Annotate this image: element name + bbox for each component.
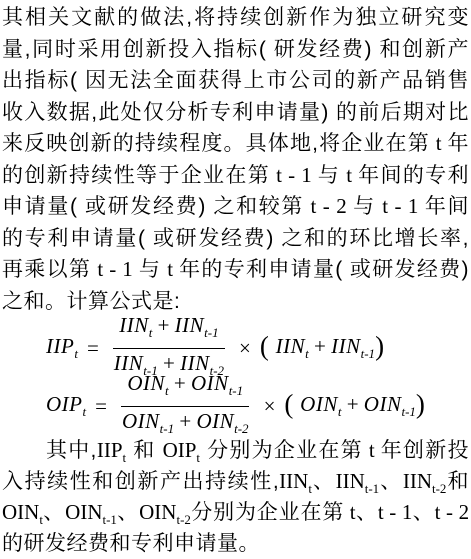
fraction-numerator: OINt + OINt-1 xyxy=(121,371,249,406)
text-segment: 入持续性和创新产出持续性, xyxy=(2,470,279,493)
multiplication-sign: × xyxy=(264,394,276,419)
text-segment: 分别为企业在第 xyxy=(191,501,344,524)
text-segment: OIP xyxy=(46,392,83,416)
formula-rhs: ( IINt + IINt-1) xyxy=(260,333,384,362)
text-line: 其相关文献的做法,将持续创新作为独立研究变 xyxy=(0,2,471,34)
text-segment: OIN xyxy=(196,409,234,433)
text-segment: t-1 xyxy=(229,384,243,399)
text-segment: 来反映创新的持续程度。具体地,将企业在第 xyxy=(2,132,430,155)
text-segment: IIN xyxy=(276,334,306,358)
text-segment: 、 xyxy=(312,470,336,493)
text-line: OINt、OINt-1、OINt-2分别为企业在第 t、t - 1、t - 2 … xyxy=(0,497,471,528)
text-segment: 与 xyxy=(353,195,376,218)
text-segment: OIN xyxy=(300,392,338,416)
text-segment: 之和。计算公式是: xyxy=(2,290,180,313)
paragraph-methodology: 其相关文献的做法,将持续创新作为独立研究变 量,同时采用创新投入指标( 研发经费… xyxy=(0,2,471,317)
text-segment: t xyxy=(430,131,448,155)
text-segment: ( xyxy=(260,331,276,361)
text-segment: OIN xyxy=(139,500,176,524)
formula-lhs: OIPt xyxy=(46,392,86,420)
text-segment: t-1 xyxy=(361,347,375,362)
text-segment: 和 xyxy=(126,439,162,462)
text-line: 再乘以第 t - 1 与 t 年的专利申请量( 或研发经费) xyxy=(0,254,471,286)
multiplication-sign: × xyxy=(239,336,251,361)
text-segment: 申请量( 或研发经费) 之和较第 xyxy=(2,195,304,218)
text-line: 出指标( 因无法全面获得上市公司的新产品销售 xyxy=(0,65,471,97)
text-segment: t xyxy=(74,346,78,361)
text-segment: OIN xyxy=(364,392,402,416)
text-segment: + xyxy=(169,371,191,395)
text-segment: 、 xyxy=(43,501,65,524)
text-segment: 、 xyxy=(412,501,434,524)
text-segment: 年 xyxy=(448,132,470,155)
text-segment: 出指标( 因无法全面获得上市公司的新产品销售 xyxy=(2,69,469,92)
paragraph-definitions: 其中,IIPt 和 OIPt 分别为企业在第 t 年创新投 入持续性和创新产出持… xyxy=(0,435,471,559)
text-segment: OIN xyxy=(191,371,229,395)
text-segment: ) xyxy=(375,331,384,361)
text-segment: t xyxy=(161,257,179,281)
text-segment: 与 xyxy=(318,164,340,187)
text-line: 量,同时采用创新投入指标( 研发经费) 和创新产 xyxy=(0,34,471,66)
formula-lhs: IIPt xyxy=(46,334,78,362)
text-segment: IIP xyxy=(46,334,74,358)
text-segment: + xyxy=(309,334,331,358)
formula-rhs: ( OINt + OINt-1) xyxy=(284,391,425,420)
text-line: 的研发经费和专利申请量。 xyxy=(0,528,471,559)
text-segment: t - 2 xyxy=(304,194,353,218)
text-line: 的专利申请量( 或研发经费) 之和的环比增长率, xyxy=(0,223,471,255)
text-segment: ( xyxy=(284,389,300,419)
text-segment: OIN xyxy=(127,371,165,395)
text-segment: t-1 xyxy=(401,405,415,420)
text-segment: 分别为企业在第 xyxy=(200,439,363,462)
text-line: 之和。计算公式是: xyxy=(0,286,471,318)
text-segment: 的专利申请量( 或研发经费) 之和的环比增长率, xyxy=(2,227,469,250)
text-segment: t xyxy=(363,438,381,462)
text-segment: t - 2 xyxy=(435,500,470,524)
formula-oip: OIPt = OINt + OINt-1 OINt-1 + OINt-2 × (… xyxy=(46,379,471,433)
text-line: 来反映创新的持续程度。具体地,将企业在第 t 年 xyxy=(0,128,471,160)
text-segment: 年创新投 xyxy=(381,439,469,462)
text-segment: 收入数据,此处仅分析专利申请量) 的前后期对比 xyxy=(2,101,469,124)
text-segment: 其相关文献的做法,将持续创新作为独立研究变 xyxy=(2,6,469,29)
text-line: 入持续性和创新产出持续性,IINt、IINt-1、IINt-2和 xyxy=(0,466,471,497)
text-line: 收入数据,此处仅分析专利申请量) 的前后期对比 xyxy=(0,97,471,129)
text-segment: IIN xyxy=(403,469,432,493)
text-segment: 、 xyxy=(356,501,378,524)
document-page: 其相关文献的做法,将持续创新作为独立研究变 量,同时采用创新投入指标( 研发经费… xyxy=(0,0,471,559)
text-segment: t-1 xyxy=(102,512,116,527)
text-segment: t xyxy=(83,404,87,419)
text-segment: t-2 xyxy=(234,421,248,436)
equals-sign: = xyxy=(87,336,99,361)
text-segment: 年的专利申请量( 或研发经费) xyxy=(179,258,469,281)
text-segment: 再乘以第 xyxy=(2,258,91,281)
text-segment: IIN xyxy=(336,469,365,493)
text-segment: 与 xyxy=(139,258,161,281)
text-segment: OIP xyxy=(163,438,197,462)
text-segment: 量,同时采用创新投入指标( 研发经费) 和创新产 xyxy=(2,38,469,61)
fraction-numerator: IINt + IINt-1 xyxy=(113,313,224,348)
text-segment: t - 1 xyxy=(270,163,318,187)
text-segment: t-2 xyxy=(176,512,190,527)
text-segment: t - 1 xyxy=(91,257,139,281)
text-segment: t xyxy=(340,163,358,187)
formula-iip: IIPt = IINt + IINt-1 IINt-1 + IINt-2 × (… xyxy=(46,321,471,375)
text-segment: 和 xyxy=(446,470,469,493)
text-segment: t-1 xyxy=(204,326,218,341)
text-segment: 年间的专利 xyxy=(358,164,469,187)
text-segment: OIN xyxy=(122,409,160,433)
text-segment: 的研发经费和专利申请量。 xyxy=(2,532,260,555)
text-segment: 其中, xyxy=(46,439,97,462)
text-line: 的创新持续性等于企业在第 t - 1 与 t 年间的专利 xyxy=(0,160,471,192)
text-segment: 、 xyxy=(117,501,139,524)
equals-sign: = xyxy=(95,394,107,419)
text-line: 其中,IIPt 和 OIPt 分别为企业在第 t 年创新投 xyxy=(0,435,471,466)
text-segment: 的创新持续性等于企业在第 xyxy=(2,164,270,187)
text-segment: IIN xyxy=(279,469,308,493)
text-segment: IIP xyxy=(97,438,123,462)
text-segment: t - 1 xyxy=(376,194,425,218)
text-segment: IIN xyxy=(119,313,149,337)
text-segment: t - 1 xyxy=(378,500,413,524)
text-segment: IIN xyxy=(331,334,361,358)
text-segment: t-2 xyxy=(432,481,446,496)
fraction: OINt + OINt-1 OINt-1 + OINt-2 xyxy=(116,371,255,440)
text-segment: IIN xyxy=(175,313,205,337)
text-segment: OIN xyxy=(2,500,39,524)
text-segment: 、 xyxy=(379,470,403,493)
text-segment: t xyxy=(344,500,355,524)
text-segment: t-1 xyxy=(365,481,379,496)
text-segment: OIN xyxy=(65,500,102,524)
text-segment: + xyxy=(174,409,196,433)
text-segment: + xyxy=(341,392,363,416)
text-segment: 年间 xyxy=(425,195,469,218)
text-segment: t-1 xyxy=(160,421,174,436)
text-line: 申请量( 或研发经费) 之和较第 t - 2 与 t - 1 年间 xyxy=(0,191,471,223)
text-segment: + xyxy=(152,313,174,337)
text-segment: ) xyxy=(416,389,425,419)
